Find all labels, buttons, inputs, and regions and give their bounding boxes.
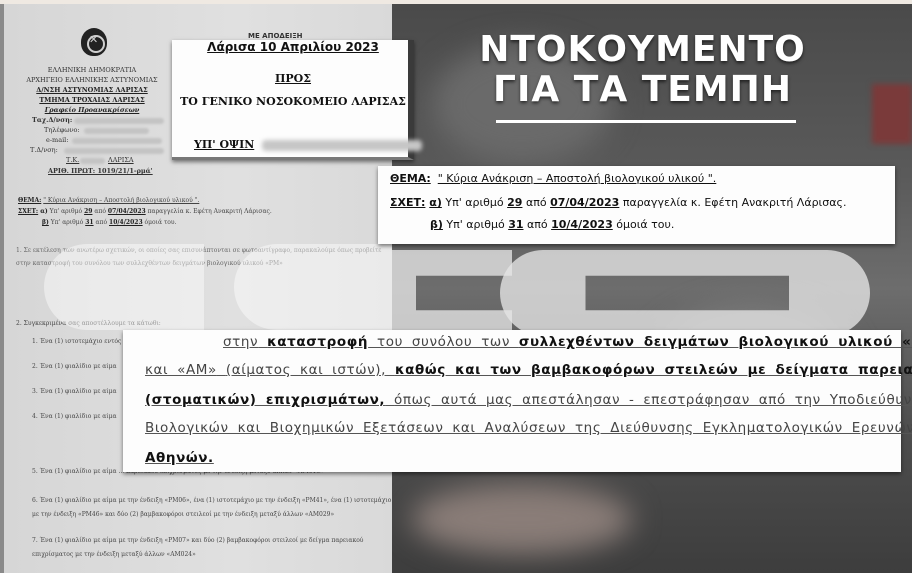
excerpt-line-3: (στοματικών) επιχρισμάτων, όπως αυτά μας… xyxy=(145,392,897,408)
address-label: Ταχ.Δ/νση: xyxy=(32,116,72,124)
watermark-shape xyxy=(234,244,392,330)
recipient-name: ΤΟ ΓΕΝΙΚΟ ΝΟΣΟΚΟΜΕΙΟ ΛΑΡΙΣΑΣ xyxy=(172,95,414,108)
watermark-shape xyxy=(44,244,204,330)
fire-truck xyxy=(872,84,912,144)
headline-line1: ΝΤΟΚΟΥΜΕΝΤΟ xyxy=(470,30,815,70)
subject-card: ΘΕΜΑ: " Κύρια Ανάκριση – Αποστολή βιολογ… xyxy=(378,166,895,244)
list-item: 7. Ένα (1) φιαλίδιο με αίμα με την ένδει… xyxy=(32,534,392,562)
ref-b-small: β) Υπ' αριθμό 31 από 10/4/2023 όμοιά του… xyxy=(42,219,176,226)
headline: ΝΤΟΚΟΥΜΕΝΤΟ ΓΙΑ ΤΑ ΤΕΜΠΗ xyxy=(470,30,815,110)
tdnsi-label: Τ.Δ/νση: xyxy=(30,146,58,154)
email-label: e-mail: xyxy=(46,136,68,144)
header-line: Δ/ΝΣΗ ΑΣΤΥΝΟΜΙΑΣ ΛΑΡΙΣΑΣ xyxy=(4,86,180,94)
list-item: 2. Ένα (1) φιαλίδιο με αίμα xyxy=(32,363,132,370)
subject-line-small: ΘΕΜΑ: " Κύρια Ανάκριση – Αποστολή βιολογ… xyxy=(18,197,199,204)
excerpt-line-5: Αθηνών. xyxy=(145,450,897,466)
city-label: ΛΑΡΙΣΑ xyxy=(108,156,134,164)
redacted-field xyxy=(72,138,162,144)
header-line: ΑΡΧΗΓΕΙΟ ΕΛΛΗΝΙΚΗΣ ΑΣΤΥΝΟΜΙΑΣ xyxy=(4,76,180,84)
body-excerpt-card: στην καταστροφή του συνόλου των συλλεχθέ… xyxy=(123,330,901,472)
header-line: Γραφείο Προανακρίσεων xyxy=(4,106,180,114)
redacted-attention xyxy=(262,140,422,151)
phone-label: Τηλέφωνο: xyxy=(44,126,80,134)
subject-line: ΘΕΜΑ: " Κύρια Ανάκριση – Αποστολή βιολογ… xyxy=(390,172,716,185)
ref-a-small: ΣΧΕΤ: α) Υπ' αριθμό 29 από 07/04/2023 πα… xyxy=(18,208,272,215)
document-date: Λάρισα 10 Απριλίου 2023 xyxy=(172,40,414,54)
reference-a: ΣΧΕΤ: α) Υπ' αριθμό 29 από 07/04/2023 πα… xyxy=(390,196,846,209)
police-crest-icon xyxy=(81,28,107,56)
excerpt-line-2: και «ΑΜ» (αίματος και ιστών), καθώς και … xyxy=(145,362,897,378)
to-label: ΠΡΟΣ xyxy=(172,72,414,85)
receipt-note: ΜΕ ΑΠΟΔΕΙΞΗ xyxy=(248,32,303,40)
headline-line2: ΓΙΑ ΤΑ ΤΕΜΠΗ xyxy=(470,70,815,110)
header-line: ΤΜΗΜΑ ΤΡΟΧΑΙΑΣ ΛΑΡΙΣΑΣ xyxy=(4,96,180,104)
reference-b: β) Υπ' αριθμό 31 από 10/4/2023 όμοιά του… xyxy=(430,218,674,231)
list-item: 1. Ένα (1) ιστοτεμάχιο εντός δοχείου και… xyxy=(32,338,132,345)
headline-underline xyxy=(496,120,796,123)
protocol-number: ΑΡΙΘ. ΠΡΩΤ: 1019/21/1-ρμά' xyxy=(48,167,153,175)
redacted-field xyxy=(84,128,149,134)
excerpt-line-4: Βιολογικών και Βιοχημικών Εξετάσεων και … xyxy=(145,420,897,436)
attention-label: ΥΠ' ΟΨΙΝ xyxy=(194,138,254,151)
redacted-field xyxy=(74,118,164,124)
excerpt-line-1: στην καταστροφή του συνόλου των συλλεχθέ… xyxy=(223,334,893,350)
list-item: 3. Ένα (1) φιαλίδιο με αίμα xyxy=(32,388,132,395)
list-item: 4. Ένα (1) φιαλίδιο με αίμα xyxy=(32,413,132,420)
recipient-card: Λάρισα 10 Απριλίου 2023 ΠΡΟΣ ΤΟ ΓΕΝΙΚΟ Ν… xyxy=(172,40,414,160)
list-item: 6. Ένα (1) φιαλίδιο με αίμα με την ένδει… xyxy=(32,494,392,522)
redacted-field xyxy=(80,158,105,164)
redacted-field xyxy=(64,148,164,154)
postal-label: Τ.Κ. xyxy=(66,156,79,164)
header-line: ΕΛΛΗΝΙΚΗ ΔΗΜΟΚΡΑΤΙΑ xyxy=(4,66,180,74)
